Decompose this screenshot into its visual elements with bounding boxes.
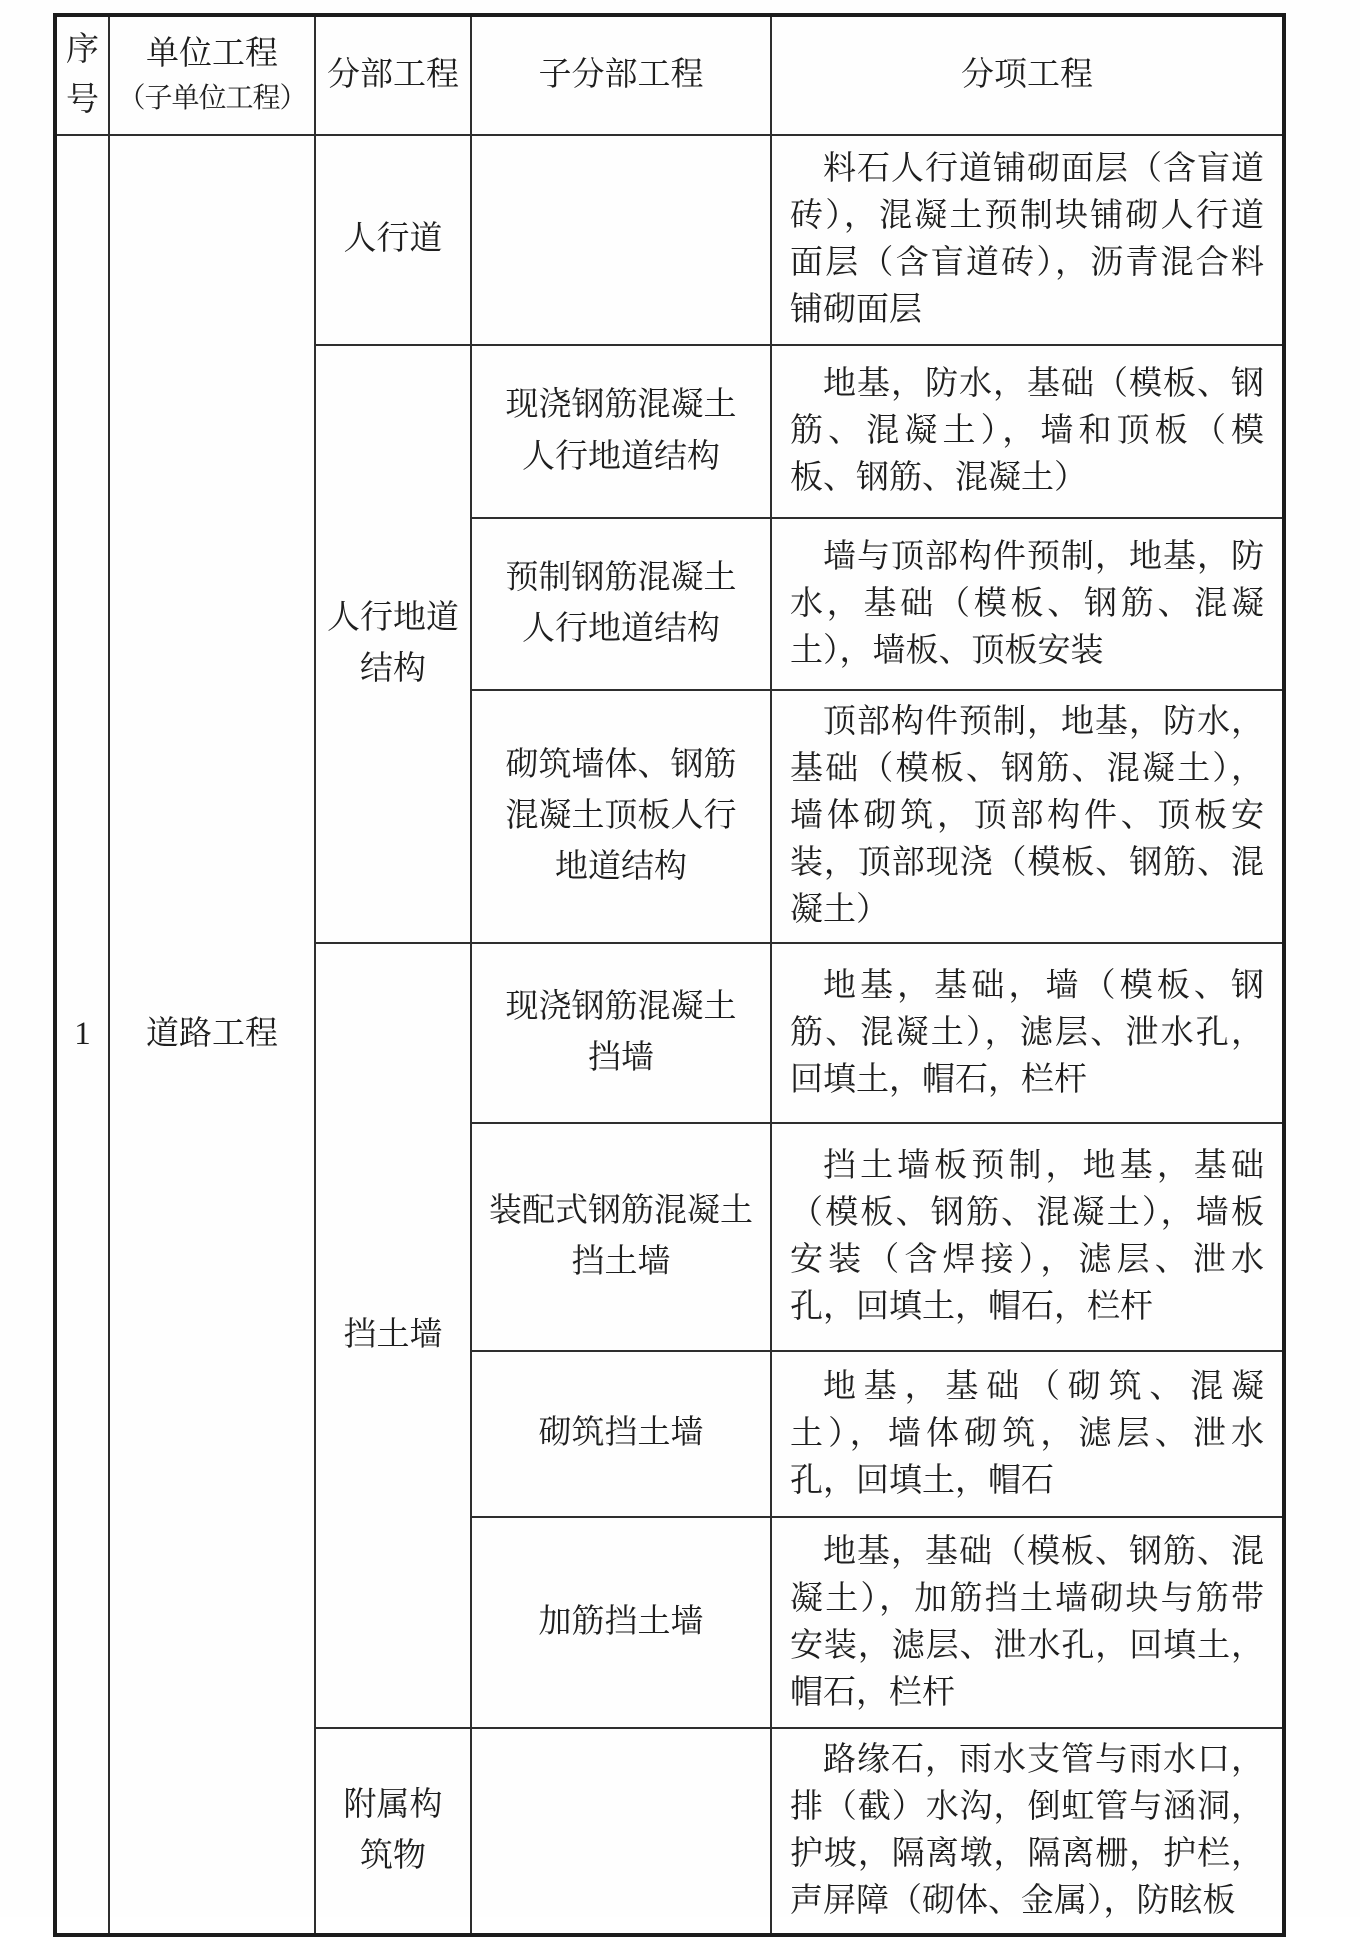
subdivision-cell: 装配式钢筋混凝土 挡土墙 [471,1123,771,1351]
item-cell: 地基，防水，基础（模板、钢筋、混凝土），墙和顶板（模板、钢筋、混凝土） [771,345,1284,518]
subdivision-cell [471,135,771,345]
header-seq: 序号 [55,15,109,135]
division-cell-retaining-wall: 挡土墙 [315,943,471,1728]
header-division: 分部工程 [315,15,471,135]
item-cell: 地基，基础，墙（模板、钢筋、混凝土），滤层、泄水孔，回填土，帽石，栏杆 [771,943,1284,1123]
header-item: 分项工程 [771,15,1284,135]
item-cell: 料石人行道铺砌面层（含盲道砖），混凝土预制块铺砌人行道面层（含盲道砖），沥青混合… [771,135,1284,345]
header-unit: 单位工程 （子单位工程） [109,15,315,135]
subdivision-cell: 现浇钢筋混凝土 人行地道结构 [471,345,771,518]
item-cell: 挡土墙板预制，地基，基础（模板、钢筋、混凝土），墙板安装（含焊接），滤层、泄水孔… [771,1123,1284,1351]
subdivision-cell: 砌筑挡土墙 [471,1351,771,1517]
project-division-table: 序号 单位工程 （子单位工程） 分部工程 子分部工程 分项工程 1 道路工程 人… [53,13,1286,1937]
subdivision-cell: 加筋挡土墙 [471,1517,771,1728]
item-cell: 地基，基础（砌筑、混凝土），墙体砌筑，滤层、泄水孔，回填土，帽石 [771,1351,1284,1517]
subdivision-cell [471,1728,771,1935]
unit-project-cell: 道路工程 [109,135,315,1935]
header-unit-line1: 单位工程 [114,31,310,79]
header-row: 序号 单位工程 （子单位工程） 分部工程 子分部工程 分项工程 [55,15,1284,135]
subdivision-cell: 砌筑墙体、钢筋 混凝土顶板人行 地道结构 [471,690,771,943]
table-row: 1 道路工程 人行道 料石人行道铺砌面层（含盲道砖），混凝土预制块铺砌人行道面层… [55,135,1284,345]
item-cell: 路缘石，雨水支管与雨水口，排（截）水沟，倒虹管与涵洞，护坡，隔离墩，隔离栅，护栏… [771,1728,1284,1935]
scanned-page: 序号 单位工程 （子单位工程） 分部工程 子分部工程 分项工程 1 道路工程 人… [0,0,1360,1917]
division-cell-sidewalk: 人行道 [315,135,471,345]
header-subdivision: 子分部工程 [471,15,771,135]
division-cell-appurtenant: 附属构 筑物 [315,1728,471,1935]
item-cell: 墙与顶部构件预制，地基，防水，基础（模板、钢筋、混凝土），墙板、顶板安装 [771,518,1284,690]
division-cell-underpass: 人行地道 结构 [315,345,471,943]
subdivision-cell: 预制钢筋混凝土 人行地道结构 [471,518,771,690]
header-unit-line2: （子单位工程） [114,79,310,120]
seq-cell: 1 [55,135,109,1935]
item-cell: 地基，基础（模板、钢筋、混凝土），加筋挡土墙砌块与筋带安装，滤层、泄水孔，回填土… [771,1517,1284,1728]
subdivision-cell: 现浇钢筋混凝土 挡墙 [471,943,771,1123]
item-cell: 顶部构件预制，地基，防水，基础（模板、钢筋、混凝土），墙体砌筑，顶部构件、顶板安… [771,690,1284,943]
